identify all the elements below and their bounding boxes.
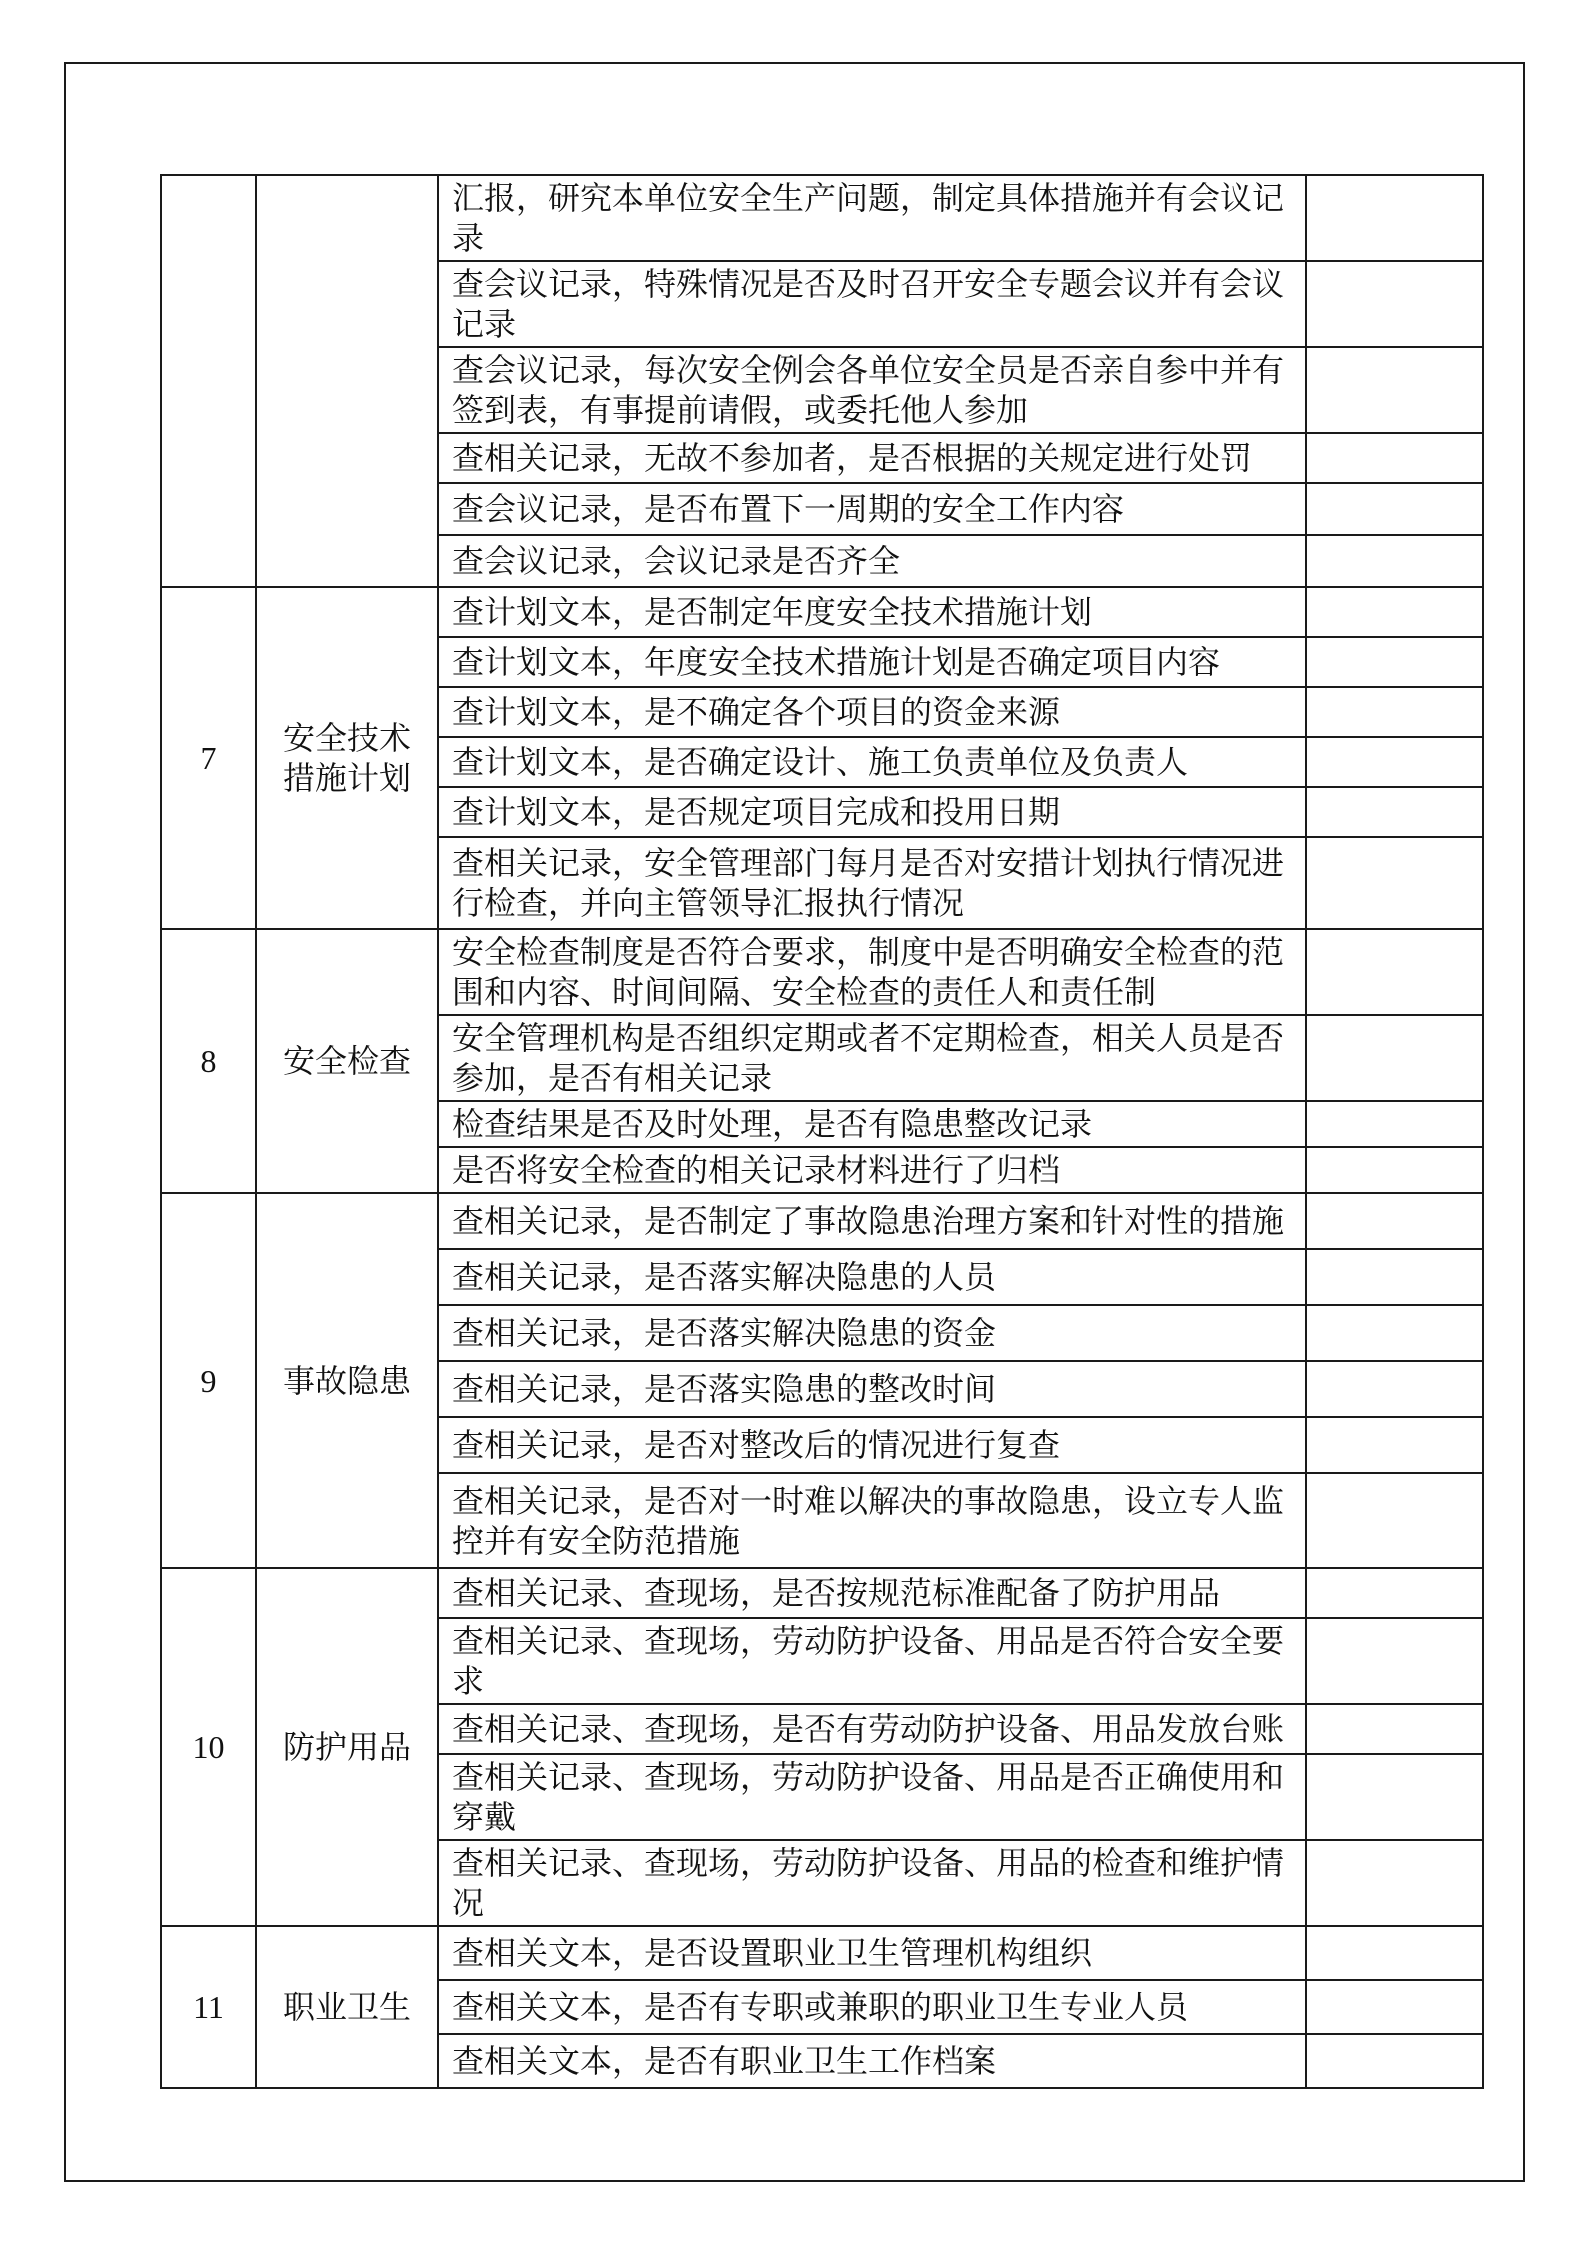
result-cell	[1306, 1101, 1483, 1147]
check-item-cell: 查相关记录、查现场，劳动防护设备、用品的检查和维护情况	[438, 1840, 1306, 1926]
row-number-cell: 8	[161, 929, 256, 1193]
table-row: 7安全技术 措施计划查计划文本，是否制定年度安全技术措施计划	[161, 587, 1483, 637]
check-item-cell: 查会议记录，是否布置下一周期的安全工作内容	[438, 483, 1306, 535]
check-item-cell: 查计划文本，是不确定各个项目的资金来源	[438, 687, 1306, 737]
result-cell	[1306, 737, 1483, 787]
table-row: 11职业卫生查相关文本，是否设置职业卫生管理机构组织	[161, 1926, 1483, 1980]
check-item-cell: 安全检查制度是否符合要求，制度中是否明确安全检查的范围和内容、时间间隔、安全检查…	[438, 929, 1306, 1015]
result-cell	[1306, 1147, 1483, 1193]
check-item-cell: 查计划文本，是否确定设计、施工负责单位及负责人	[438, 737, 1306, 787]
check-item-cell: 查计划文本，是否规定项目完成和投用日期	[438, 787, 1306, 837]
result-cell	[1306, 433, 1483, 483]
result-cell	[1306, 837, 1483, 929]
row-number-cell: 7	[161, 587, 256, 929]
result-cell	[1306, 1980, 1483, 2034]
result-cell	[1306, 1193, 1483, 1249]
result-cell	[1306, 1754, 1483, 1840]
check-item-cell: 查会议记录，每次安全例会各单位安全员是否亲自参中并有签到表，有事提前请假，或委托…	[438, 347, 1306, 433]
category-cell: 安全技术 措施计划	[256, 587, 438, 929]
result-cell	[1306, 587, 1483, 637]
check-item-cell: 是否将安全检查的相关记录材料进行了归档	[438, 1147, 1306, 1193]
category-cell: 防护用品	[256, 1568, 438, 1926]
result-cell	[1306, 1249, 1483, 1305]
check-item-cell: 检查结果是否及时处理，是否有隐患整改记录	[438, 1101, 1306, 1147]
result-cell	[1306, 1704, 1483, 1754]
check-item-cell: 查相关记录、查现场，劳动防护设备、用品是否符合安全要求	[438, 1618, 1306, 1704]
check-item-cell: 查相关记录、查现场，是否有劳动防护设备、用品发放台账	[438, 1704, 1306, 1754]
check-item-cell: 查相关记录，是否制定了事故隐患治理方案和针对性的措施	[438, 1193, 1306, 1249]
result-cell	[1306, 1417, 1483, 1473]
result-cell	[1306, 1361, 1483, 1417]
table-row: 10防护用品查相关记录、查现场，是否按规范标准配备了防护用品	[161, 1568, 1483, 1618]
check-item-cell: 汇报，研究本单位安全生产问题，制定具体措施并有会议记录	[438, 175, 1306, 261]
check-item-cell: 查相关文本，是否有职业卫生工作档案	[438, 2034, 1306, 2088]
result-cell	[1306, 1926, 1483, 1980]
result-cell	[1306, 787, 1483, 837]
category-cell: 事故隐患	[256, 1193, 438, 1568]
result-cell	[1306, 929, 1483, 1015]
result-cell	[1306, 1568, 1483, 1618]
result-cell	[1306, 175, 1483, 261]
check-item-cell: 查会议记录，会议记录是否齐全	[438, 535, 1306, 587]
check-item-cell: 查相关记录，无故不参加者，是否根据的关规定进行处罚	[438, 433, 1306, 483]
result-cell	[1306, 2034, 1483, 2088]
check-item-cell: 查相关记录、查现场，劳动防护设备、用品是否正确使用和穿戴	[438, 1754, 1306, 1840]
result-cell	[1306, 637, 1483, 687]
result-cell	[1306, 1015, 1483, 1101]
check-item-cell: 查相关记录，安全管理部门每月是否对安措计划执行情况进行检查，并向主管领导汇报执行…	[438, 837, 1306, 929]
check-item-cell: 查相关记录，是否落实解决隐患的人员	[438, 1249, 1306, 1305]
check-item-cell: 查相关记录、查现场，是否按规范标准配备了防护用品	[438, 1568, 1306, 1618]
check-item-cell: 查相关记录，是否对一时难以解决的事故隐患，设立专人监控并有安全防范措施	[438, 1473, 1306, 1568]
table-row: 8安全检查安全检查制度是否符合要求，制度中是否明确安全检查的范围和内容、时间间隔…	[161, 929, 1483, 1015]
result-cell	[1306, 1473, 1483, 1568]
table-row: 9事故隐患查相关记录，是否制定了事故隐患治理方案和针对性的措施	[161, 1193, 1483, 1249]
result-cell	[1306, 261, 1483, 347]
result-cell	[1306, 483, 1483, 535]
table-row: 汇报，研究本单位安全生产问题，制定具体措施并有会议记录	[161, 175, 1483, 261]
safety-checklist-table: 汇报，研究本单位安全生产问题，制定具体措施并有会议记录查会议记录，特殊情况是否及…	[160, 174, 1484, 2089]
category-cell	[256, 175, 438, 587]
check-item-cell: 安全管理机构是否组织定期或者不定期检查，相关人员是否参加，是否有相关记录	[438, 1015, 1306, 1101]
result-cell	[1306, 687, 1483, 737]
result-cell	[1306, 1305, 1483, 1361]
check-item-cell: 查相关记录，是否对整改后的情况进行复查	[438, 1417, 1306, 1473]
row-number-cell	[161, 175, 256, 587]
category-cell: 职业卫生	[256, 1926, 438, 2088]
row-number-cell: 10	[161, 1568, 256, 1926]
result-cell	[1306, 1618, 1483, 1704]
check-item-cell: 查相关记录，是否落实隐患的整改时间	[438, 1361, 1306, 1417]
check-item-cell: 查会议记录，特殊情况是否及时召开安全专题会议并有会议记录	[438, 261, 1306, 347]
category-cell: 安全检查	[256, 929, 438, 1193]
row-number-cell: 11	[161, 1926, 256, 2088]
result-cell	[1306, 347, 1483, 433]
result-cell	[1306, 535, 1483, 587]
check-item-cell: 查相关文本，是否设置职业卫生管理机构组织	[438, 1926, 1306, 1980]
result-cell	[1306, 1840, 1483, 1926]
check-item-cell: 查计划文本，是否制定年度安全技术措施计划	[438, 587, 1306, 637]
document-page: 汇报，研究本单位安全生产问题，制定具体措施并有会议记录查会议记录，特殊情况是否及…	[0, 0, 1587, 2245]
check-item-cell: 查相关文本，是否有专职或兼职的职业卫生专业人员	[438, 1980, 1306, 2034]
row-number-cell: 9	[161, 1193, 256, 1568]
check-item-cell: 查相关记录，是否落实解决隐患的资金	[438, 1305, 1306, 1361]
check-item-cell: 查计划文本，年度安全技术措施计划是否确定项目内容	[438, 637, 1306, 687]
